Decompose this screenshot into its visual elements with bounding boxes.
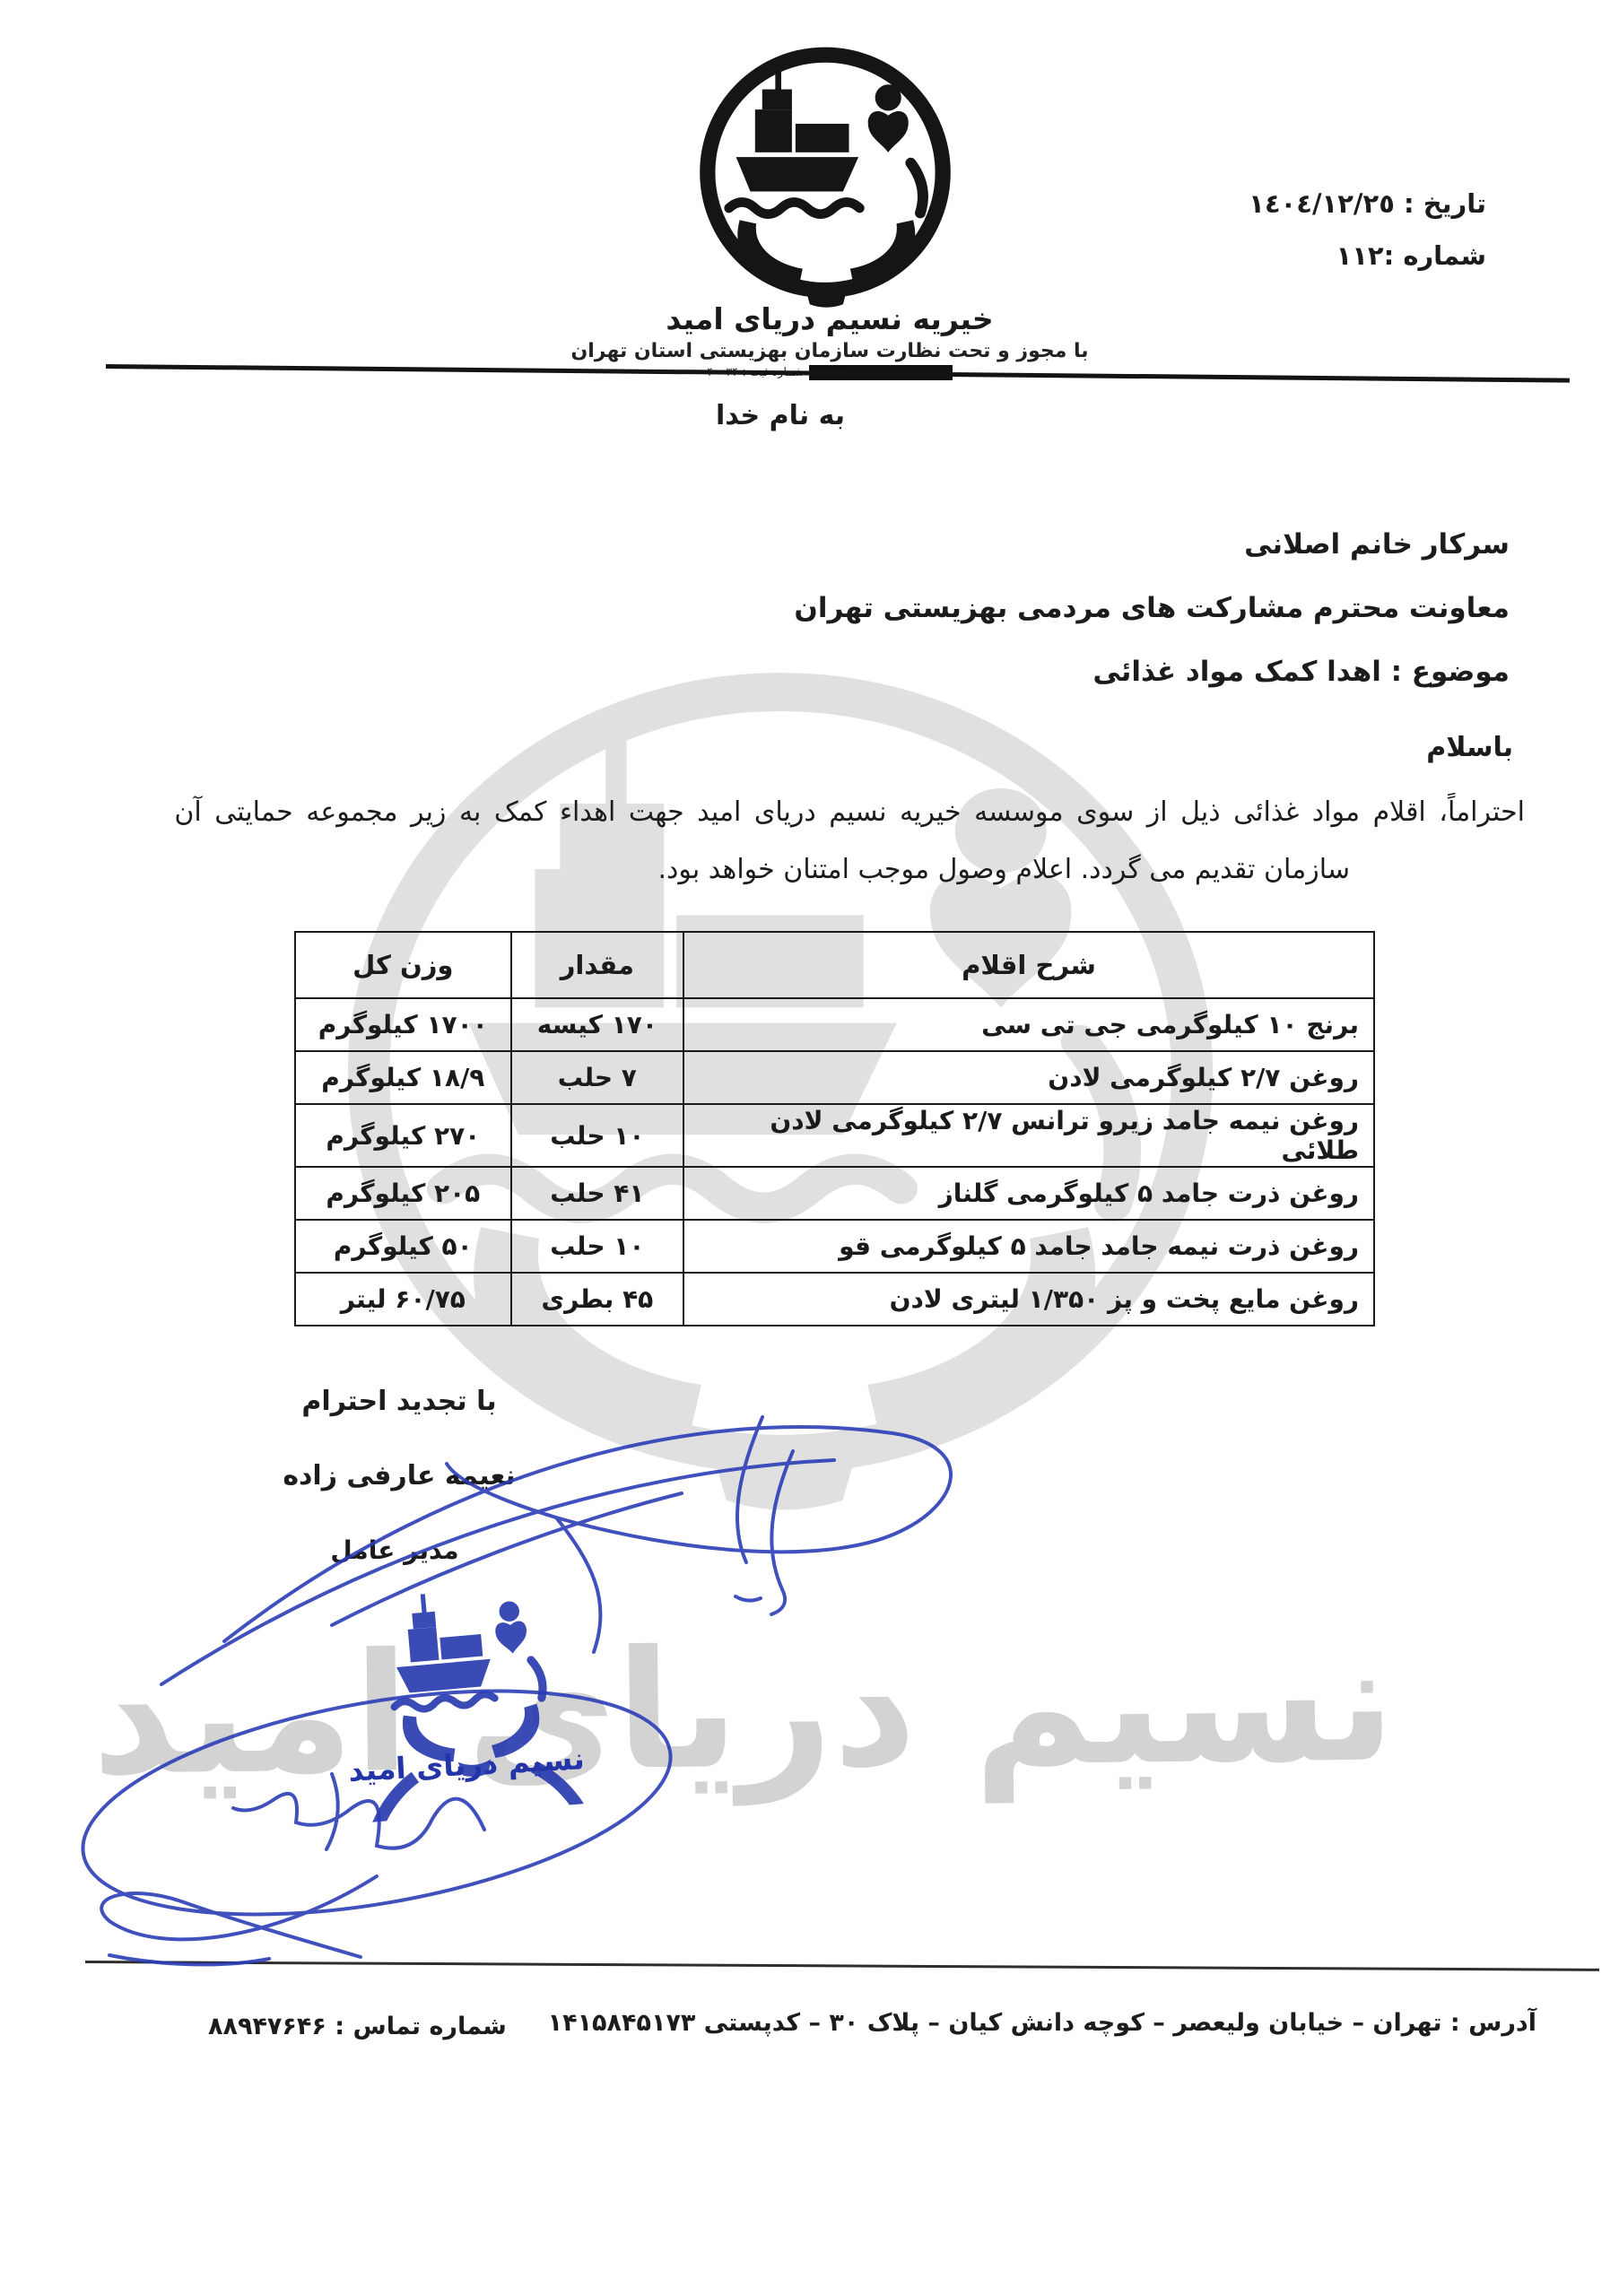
table-header-row: شرح اقلام مقدار وزن کل [295, 932, 1374, 998]
item-weight: ۵۰ کیلوگرم [295, 1220, 511, 1273]
item-description: روغن ذرت جامد ۵ کیلوگرمی گلناز [683, 1167, 1374, 1220]
scanned-letter-page: خیریه نسیم دریای امید با مجوز و تحت نظار… [0, 0, 1619, 2296]
table-row: روغن ذرت نیمه جامد جامد ۵ کیلوگرمی قو ۱۰… [295, 1220, 1374, 1273]
body-paragraph-line2: سازمان تقدیم می گردد. اعلام وصول موجب ام… [658, 854, 1351, 885]
item-description: روغن ۲/۷ کیلوگرمی لادن [683, 1051, 1374, 1104]
org-name: خیریه نسیم دریای امید [556, 301, 1103, 336]
item-weight: ۱۸/۹ کیلوگرم [295, 1051, 511, 1104]
footer-phone: شماره تماس : ۸۸۹۴۷۶۴۶ [208, 2013, 507, 2040]
table-row: روغن نیمه جامد زیرو ترانس ۲/۷ کیلوگرمی ل… [295, 1104, 1374, 1167]
table-row: روغن ذرت جامد ۵ کیلوگرمی گلناز ۴۱ حلب ۲۰… [295, 1167, 1374, 1220]
footer-address: آدرس : تهران – خیابان ولیعصر – کوچه دانش… [548, 2009, 1536, 2037]
item-description: روغن مایع پخت و پز ۱/۳۵۰ لیتری لادن [683, 1273, 1374, 1326]
table-row: روغن ۲/۷ کیلوگرمی لادن ۷ حلب ۱۸/۹ کیلوگر… [295, 1051, 1374, 1104]
recipient-block: سرکار خانم اصلانی معاونت محترم مشارکت ها… [794, 513, 1510, 704]
header-total-weight: وزن کل [295, 932, 511, 998]
item-description: برنج ۱۰ کیلوگرمی جی تی سی [683, 998, 1374, 1051]
letter-date: تاریخ : ١٤٠٤/١٢/٢٥ [1249, 178, 1486, 230]
table-row: برنج ۱۰ کیلوگرمی جی تی سی ۱۷۰ کیسه ۱۷۰۰ … [295, 998, 1374, 1051]
item-description: روغن نیمه جامد زیرو ترانس ۲/۷ کیلوگرمی ل… [683, 1104, 1374, 1167]
handwritten-signature-ink [54, 1327, 1040, 1973]
item-quantity: ۷ حلب [511, 1051, 683, 1104]
salutation: باسلام [1426, 732, 1513, 763]
header-item-description: شرح اقلام [683, 932, 1374, 998]
recipient-name: سرکار خانم اصلانی [794, 513, 1510, 577]
recipient-title: معاونت محترم مشارکت های مردمی بهزیستی ته… [794, 577, 1510, 640]
subject-line: موضوع : اهدا کمک مواد غذائی [794, 640, 1510, 704]
item-quantity: ۱۰ حلب [511, 1104, 683, 1167]
item-weight: ۲۷۰ کیلوگرم [295, 1104, 511, 1167]
item-quantity: ۱۰ حلب [511, 1220, 683, 1273]
table-row: روغن مایع پخت و پز ۱/۳۵۰ لیتری لادن ۴۵ ب… [295, 1273, 1374, 1326]
item-weight: ۶۰/۷۵ لیتر [295, 1273, 511, 1326]
org-subtitle: با مجوز و تحت نظارت سازمان بهزیستی استان… [556, 340, 1103, 362]
item-quantity: ۴۱ حلب [511, 1167, 683, 1220]
body-paragraph-line1: احتراماً، اقلام مواد غذائی ذیل از سوی مو… [63, 796, 1525, 828]
charity-logo [668, 32, 982, 317]
header-quantity: مقدار [511, 932, 683, 998]
item-quantity: ۱۷۰ کیسه [511, 998, 683, 1051]
item-weight: ۲۰۵ کیلوگرم [295, 1167, 511, 1220]
date-number-block: تاریخ : ١٤٠٤/١٢/٢٥ شماره :۱۱۲ [1249, 178, 1486, 282]
besmellah: به نام خدا [0, 400, 1561, 431]
item-weight: ۱۷۰۰ کیلوگرم [295, 998, 511, 1051]
item-quantity: ۴۵ بطری [511, 1273, 683, 1326]
item-description: روغن ذرت نیمه جامد جامد ۵ کیلوگرمی قو [683, 1220, 1374, 1273]
donated-items-table: شرح اقلام مقدار وزن کل برنج ۱۰ کیلوگرمی … [294, 931, 1375, 1326]
letter-number: شماره :۱۱۲ [1249, 230, 1486, 282]
